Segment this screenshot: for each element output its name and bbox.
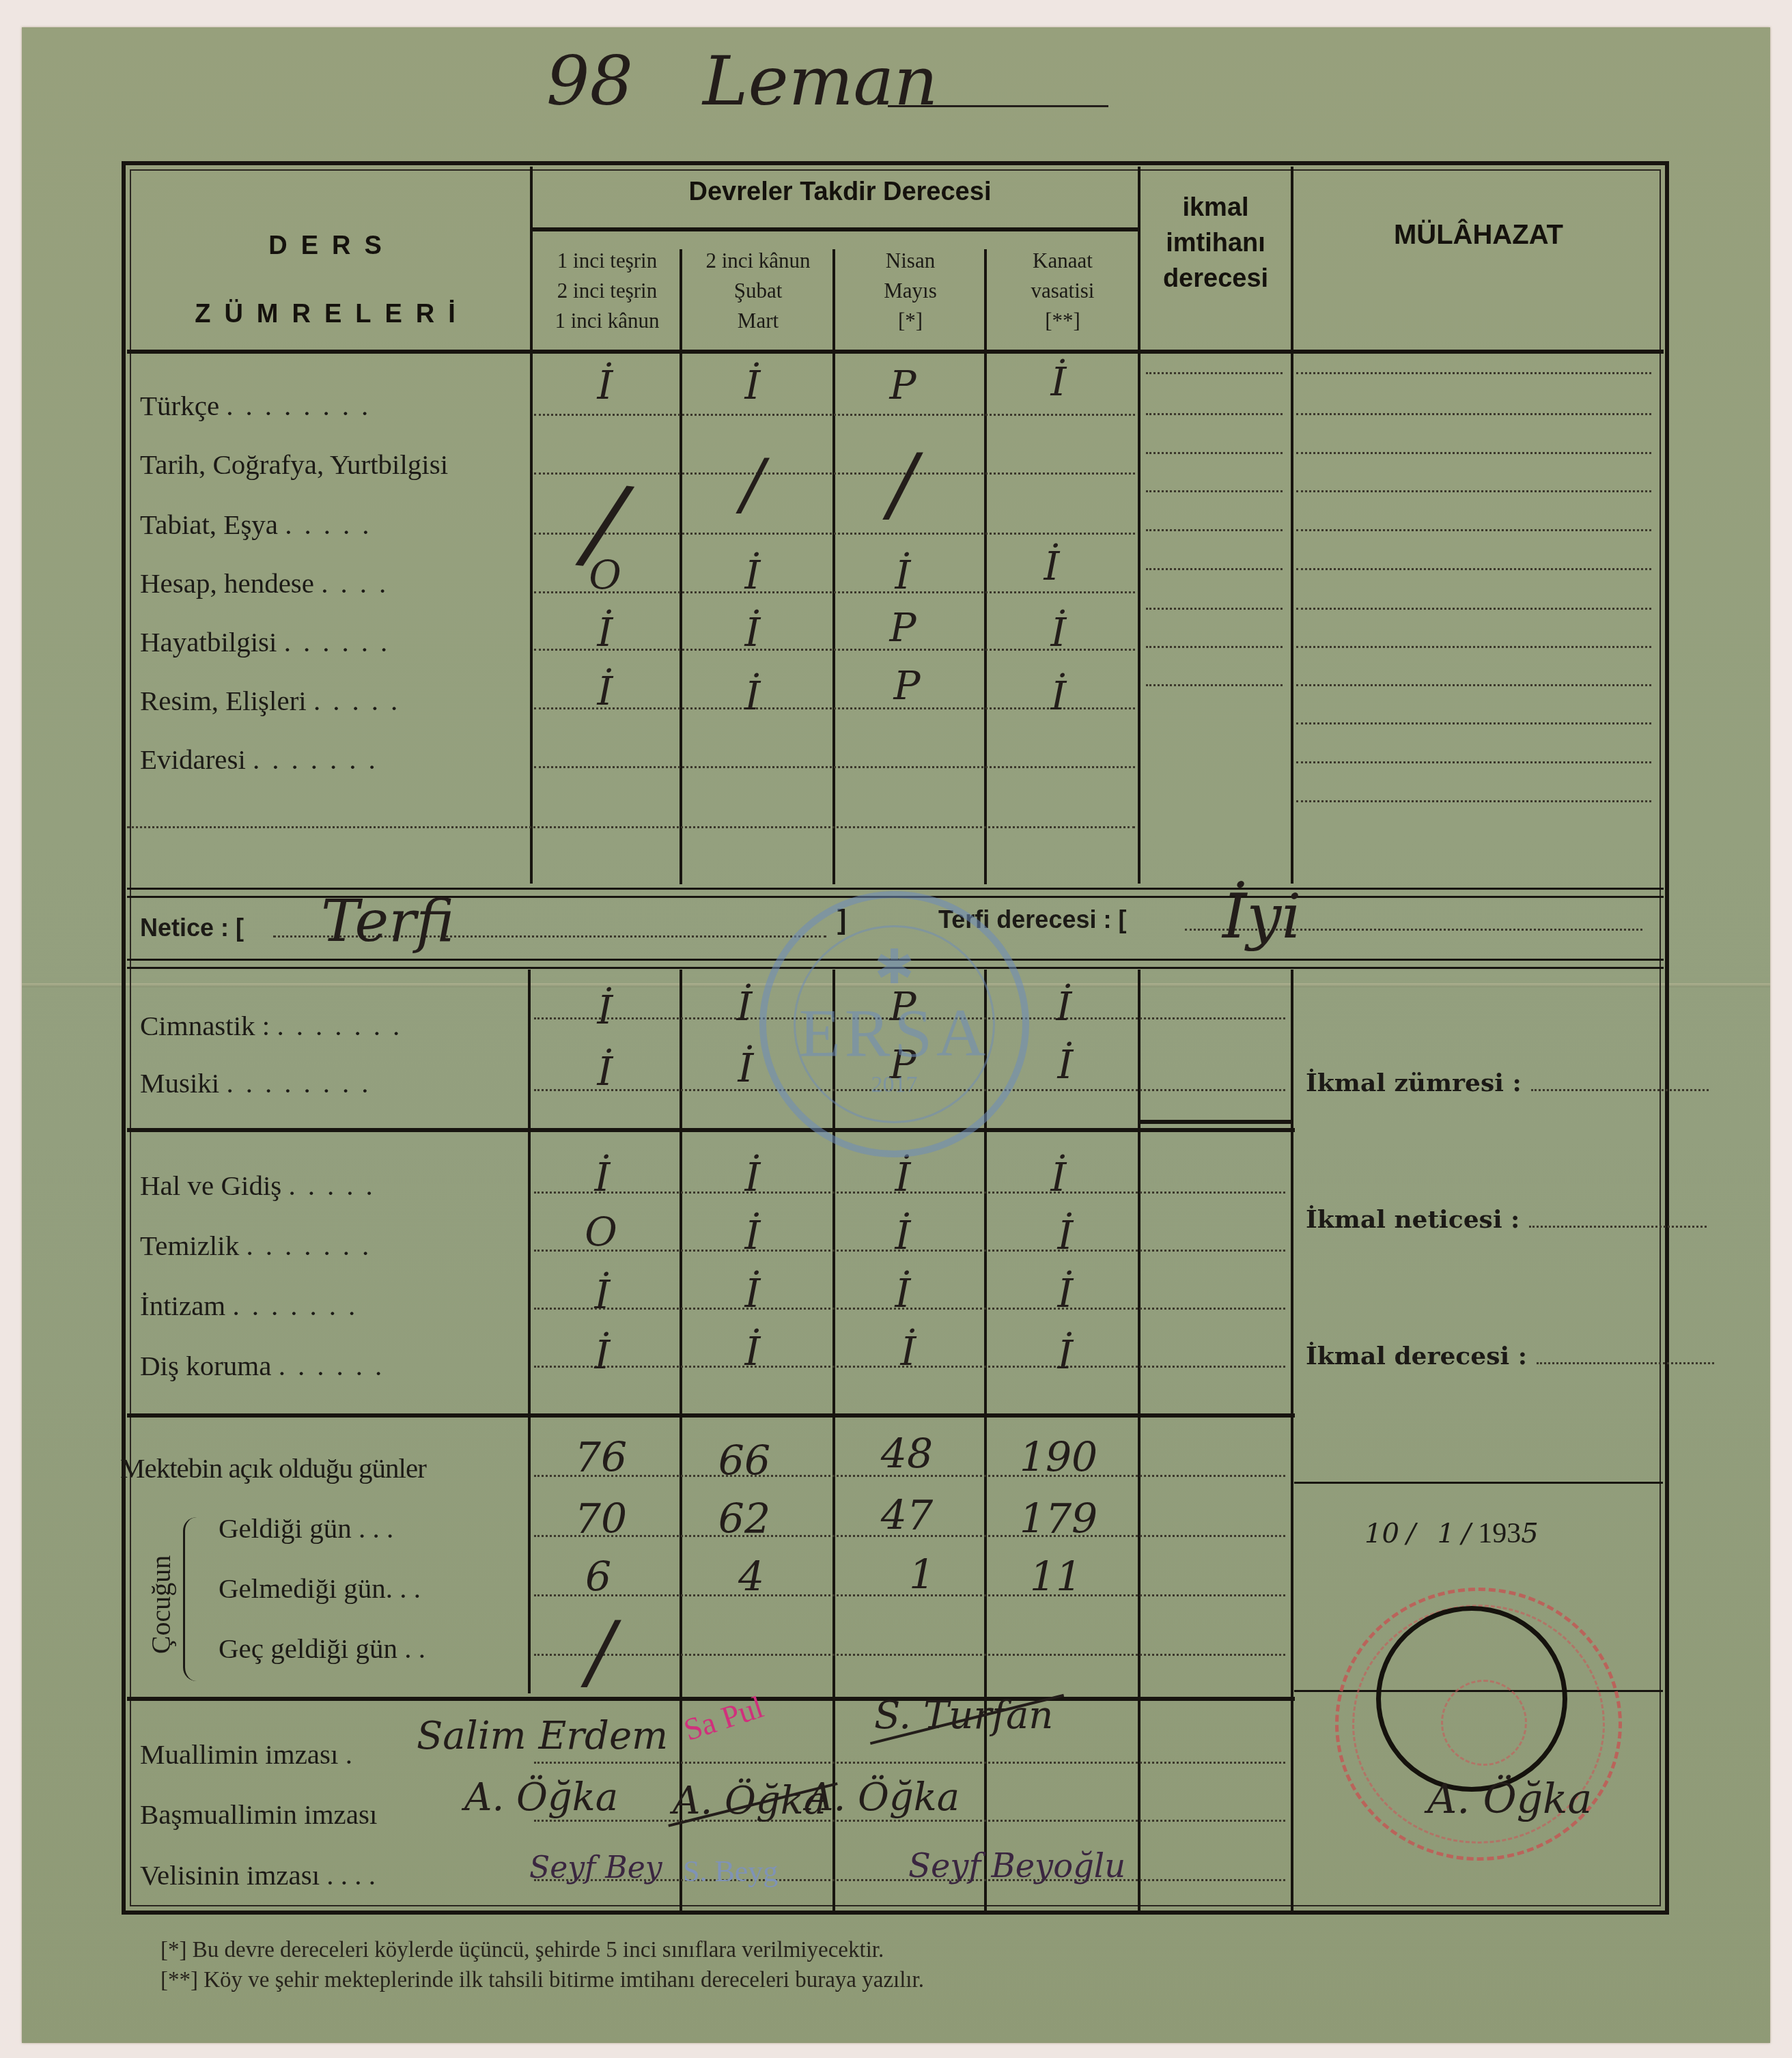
attendance-row: Gelmediği gün. . .: [219, 1572, 421, 1605]
terfi-derecesi-value: İyi: [1222, 881, 1301, 953]
conduct-row: Hal ve Gidiş .....: [140, 1169, 385, 1202]
ikmal-neticesi-field: İkmal neticesi :: [1306, 1205, 1707, 1234]
grade-cell: İ: [1024, 1041, 1106, 1088]
period-3-header: NisanMayıs[*]: [836, 246, 985, 336]
date: 10 / 1 / 1935: [1364, 1517, 1539, 1550]
grade-cell: İ: [1018, 673, 1100, 719]
conduct-row: İntizam .......: [140, 1289, 367, 1322]
subject-row: Hayatbilgisi ......: [140, 625, 400, 658]
attendance-value: 6: [537, 1553, 660, 1601]
grade-cell: İ: [1024, 1212, 1106, 1258]
footnote-2: [**] Köy ve şehir mekteplerinde ilk tahs…: [160, 1968, 924, 1993]
period-1-header: 1 inci teşrin2 inci teşrin1 inci kânun: [534, 246, 680, 336]
signature-row: Muallimin imzası .: [140, 1738, 352, 1771]
attendance-value: 66: [683, 1437, 806, 1485]
conduct-row: Diş koruma ......: [140, 1349, 394, 1382]
grade-cell: İ: [712, 1270, 794, 1316]
grade-cell: İ: [564, 668, 646, 714]
grade-cell: İ: [1024, 1331, 1106, 1378]
grade-cell: İ: [712, 673, 794, 719]
physical-row: Cimnastik : .......: [140, 1009, 412, 1042]
grade-cell: İ: [712, 1154, 794, 1200]
brace: [183, 1517, 197, 1681]
grade-cell: İ: [564, 987, 646, 1033]
subject-row: Tabiat, Eşya .....: [140, 508, 382, 541]
physical-row: Musiki ........: [140, 1067, 380, 1099]
grade-cell: İ: [867, 1328, 949, 1375]
archive-stamp: ✱ ERSA 2017: [759, 891, 1029, 1157]
subject-row: Hesap, hendese ....: [140, 567, 398, 600]
stamp-signature: A. Öğka: [1427, 1775, 1592, 1823]
parent-signature: S. Beyg: [683, 1854, 778, 1889]
attendance-value: 11: [994, 1553, 1117, 1601]
attendance-value: /: [540, 1605, 662, 1700]
netice-value: Terfi: [321, 888, 454, 955]
footnote-1: [*] Bu devre dereceleri köylerde üçüncü,…: [160, 1938, 884, 1963]
ikmal-zumresi-field: İkmal zümresi :: [1306, 1069, 1709, 1097]
grade-cell: P: [862, 604, 944, 651]
period-2-header: 2 inci kânunŞubatMart: [683, 246, 833, 336]
attendance-row: Geldiği gün . . .: [219, 1512, 393, 1545]
signature-row: Velisinin imzası . . . .: [140, 1859, 376, 1891]
conduct-row: Temizlik .......: [140, 1229, 381, 1262]
grade-cell: İ: [564, 362, 646, 408]
grade-cell: İ: [1011, 543, 1093, 589]
attendance-value: 4: [690, 1553, 813, 1601]
grade-cell: P: [866, 662, 948, 709]
grade-cell: İ: [712, 609, 794, 656]
attendance-value: 48: [845, 1430, 968, 1478]
attendance-value: 47: [845, 1492, 968, 1540]
kanaat-header: Kanaatvasatisi[**]: [988, 246, 1138, 336]
subject-row: Evidaresi .......: [140, 743, 388, 776]
grade-cell: İ: [862, 1270, 944, 1316]
grade-cell: İ: [1024, 1270, 1106, 1316]
grade-cell: O: [564, 552, 646, 598]
head-teacher-signature: A. Öğka: [673, 1779, 826, 1823]
grade-cell: İ: [862, 1154, 944, 1200]
subject-row: Resim, Elişleri .....: [140, 684, 410, 717]
grade-cell: İ: [712, 1212, 794, 1258]
attendance-value: 62: [683, 1495, 806, 1543]
attendance-value: 1: [860, 1551, 983, 1599]
signature-row: Başmuallimin imzası: [140, 1798, 377, 1831]
open-days-label: Mektebin açık olduğu günler: [120, 1452, 426, 1484]
attendance-row: Geç geldiği gün . .: [219, 1632, 425, 1665]
grade-cell: /: [712, 444, 794, 524]
subject-row: Tarih, Coğrafya, Yurtbilgisi: [140, 448, 448, 481]
grade-cell: İ: [1018, 1154, 1100, 1200]
header-bottom-rule: [127, 350, 1664, 354]
student-name: Leman: [703, 41, 938, 121]
head-teacher-signature: A. Öğka: [806, 1775, 960, 1820]
ders-zumreleri-header: DERS ZÜMRELERİ: [127, 212, 537, 348]
grade-cell: İ: [712, 1328, 794, 1375]
student-number: 98: [546, 41, 633, 121]
teacher-signature: Salim Erdem: [417, 1714, 668, 1758]
grade-cell: İ: [862, 552, 944, 598]
archive-star-icon: ✱: [766, 939, 1022, 996]
netice-label: Netice : [: [140, 914, 244, 942]
attendance-value: 179: [997, 1495, 1120, 1543]
teacher-signature: S. Turfan: [874, 1693, 1053, 1738]
grade-cell: İ: [1018, 358, 1100, 405]
parent-signature: Seyf Beyoğlu: [908, 1847, 1125, 1885]
grade-cell: İ: [862, 1212, 944, 1258]
grade-cell: İ: [561, 1154, 643, 1200]
grade-cell: İ: [1023, 983, 1105, 1030]
ikmal-derecesi-field: İkmal derecesi :: [1306, 1342, 1714, 1370]
devreler-header: Devreler Takdir Derecesi: [533, 178, 1147, 207]
grade-cell: İ: [712, 552, 794, 598]
grade-cell: İ: [1018, 609, 1100, 656]
student-heading: 98 Leman: [546, 41, 938, 121]
attendance-value: 70: [540, 1495, 662, 1543]
subject-row: Türkçe ........: [140, 389, 380, 422]
head-teacher-signature: A. Öğka: [464, 1775, 618, 1820]
grade-cell: İ: [564, 609, 646, 656]
grade-cell: İ: [712, 362, 794, 408]
attendance-value: 190: [997, 1434, 1120, 1482]
grade-cell: İ: [561, 1271, 643, 1318]
parent-signature: Seyf Bey: [529, 1850, 662, 1885]
grade-cell: O: [560, 1209, 642, 1255]
grade-cell: İ: [561, 1331, 643, 1378]
mulahazat-header: MÜLÂHAZAT: [1298, 220, 1660, 251]
attendance-value: 76: [540, 1434, 662, 1482]
ikmal-header: ikmalimtihanıderecesi: [1140, 190, 1291, 296]
grade-cell: İ: [564, 1048, 646, 1095]
signature-circle: [1376, 1606, 1567, 1792]
cocugun-label: Çocuğun: [140, 1523, 181, 1687]
grade-cell: /: [862, 437, 944, 532]
grade-cell: P: [862, 362, 944, 408]
